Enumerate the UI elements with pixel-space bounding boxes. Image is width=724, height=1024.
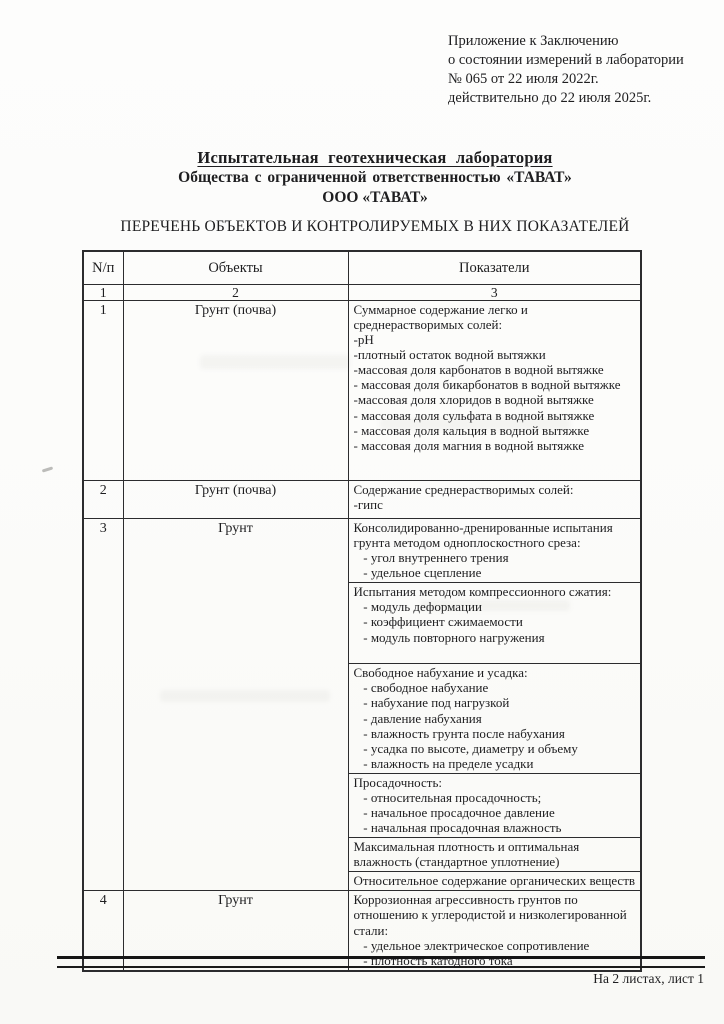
indicator-line: - удельное электрическое сопротивление [354,938,636,953]
indicator-section: Консолидированно-дренированные испытания… [349,519,641,583]
column-number-row: 1 2 3 [83,285,641,301]
indicator-line: - влажность грунта после набухания [354,726,636,741]
indicator-line: Коррозионная агрессивность грунтов по от… [354,892,636,937]
row-number-cell: 1 [83,301,123,481]
document-subtitle: ПЕРЕЧЕНЬ ОБЪЕКТОВ И КОНТРОЛИРУЕМЫХ В НИХ… [30,218,720,236]
table-row: 3ГрунтКонсолидированно-дренированные исп… [83,519,641,891]
indicator-line: - давление набухания [354,711,636,726]
document-titles: Испытательная геотехническая лаборатория… [30,147,720,208]
indicators-cell: Консолидированно-дренированные испытания… [348,519,641,891]
indicator-line: - массовая доля магния в водной вытяжке [354,438,636,453]
indicator-line: - удельное сцепление [354,565,636,580]
indicator-line: - угол внутреннего трения [354,550,636,565]
scan-artifact [42,466,53,472]
sheet-count-note: На 2 листах, лист 1 [400,971,704,987]
scan-bleedthrough [200,355,350,369]
indicator-line: - набухание под нагрузкой [354,695,636,710]
company-short-name: ООО «ТАВАТ» [30,188,720,208]
indicator-section: Относительное содержание органических ве… [349,872,641,890]
objects-table-body: 1Грунт (почва)Суммарное содержание легко… [83,301,641,971]
object-cell: Грунт (почва) [123,481,348,519]
table-row: 2Грунт (почва)Содержание среднерастворим… [83,481,641,519]
indicator-line: Содержание среднерастворимых солей: [354,482,636,497]
indicator-line: Суммарное содержание легко и среднераств… [354,302,636,332]
col-header-num: N/п [83,251,123,285]
indicator-line: -плотный остаток водной вытяжки [354,347,636,362]
indicator-line: Свободное набухание и усадка: [354,665,636,680]
indicator-line: Просадочность: [354,775,636,790]
col-header-objects: Объекты [123,251,348,285]
appendix-note-line: Приложение к Заключению [448,32,714,51]
scan-bleedthrough [420,600,570,611]
column-number: 2 [123,285,348,301]
scan-bleedthrough [380,418,570,430]
appendix-note: Приложение к Заключению о состоянии изме… [448,32,714,108]
indicator-line: -гипс [354,497,636,512]
indicator-section: Просадочность: - относительная просадочн… [349,774,641,838]
indicator-line: Консолидированно-дренированные испытания… [354,520,636,550]
indicator-section: Свободное набухание и усадка: - свободно… [349,664,641,774]
appendix-note-line: № 065 от 22 июля 2022г. [448,70,714,89]
row-number-cell: 2 [83,481,123,519]
scanned-document-page: Приложение к Заключению о состоянии изме… [0,0,724,1024]
indicator-section: Испытания методом компрессионного сжатия… [349,583,641,664]
indicator-line: - начальное просадочное давление [354,805,636,820]
bottom-double-rule [57,956,705,968]
row-number-cell: 3 [83,519,123,891]
column-number: 1 [83,285,123,301]
indicator-line: Относительное содержание органических ве… [354,873,636,888]
col-header-indicators: Показатели [348,251,641,285]
indicator-section: Суммарное содержание легко и среднераств… [349,301,641,455]
scan-bleedthrough [160,690,330,702]
indicators-cell: Суммарное содержание легко и среднераств… [348,301,641,481]
appendix-note-line: действительно до 22 июля 2025г. [448,89,714,108]
indicator-line: Испытания методом компрессионного сжатия… [354,584,636,599]
table-row: 1Грунт (почва)Суммарное содержание легко… [83,301,641,481]
company-full-name: Общества с ограниченной ответственностью… [30,168,720,188]
indicator-line: - свободное набухание [354,680,636,695]
object-cell: Грунт [123,519,348,891]
indicator-line [354,645,636,660]
object-cell: Грунт (почва) [123,301,348,481]
indicator-line: - влажность на пределе усадки [354,756,636,771]
indicator-line: - относительная просадочность; [354,790,636,805]
indicator-line: -рН [354,332,636,347]
indicator-line: - усадка по высоте, диаметру и объему [354,741,636,756]
indicator-line: - массовая доля бикарбонатов в водной вы… [354,377,636,392]
lab-title: Испытательная геотехническая лаборатория [30,147,720,168]
indicator-line: -массовая доля хлоридов в водной вытяжке [354,392,636,407]
indicator-line: - начальная просадочная влажность [354,820,636,835]
indicator-line: - модуль повторного нагружения [354,630,636,645]
indicator-line: Максимальная плотность и оптимальная вла… [354,839,636,869]
indicator-line: - коэффициент сжимаемости [354,614,636,629]
appendix-note-line: о состоянии измерений в лаборатории [448,51,714,70]
indicator-line: -массовая доля карбонатов в водной вытяж… [354,362,636,377]
indicator-section: Максимальная плотность и оптимальная вла… [349,838,641,872]
indicator-section: Содержание среднерастворимых солей:-гипс [349,481,641,514]
indicators-cell: Содержание среднерастворимых солей:-гипс [348,481,641,519]
column-number: 3 [348,285,641,301]
table-header-row: N/п Объекты Показатели [83,251,641,285]
